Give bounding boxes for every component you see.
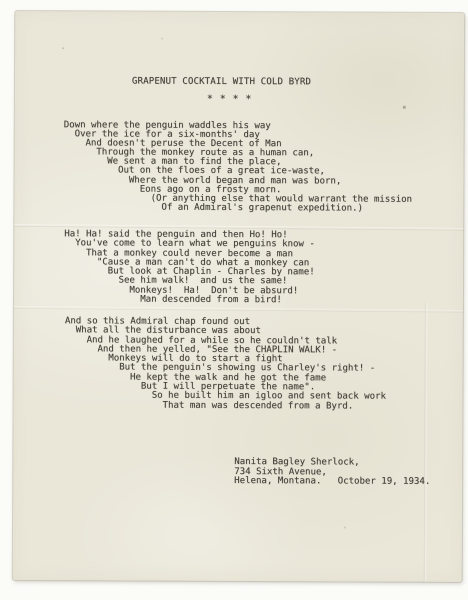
signature-block: Nanita Bagley Sherlock, 734 Sixth Avenue… bbox=[234, 458, 430, 488]
photo-background: GRAPENUT COCKTAIL WITH COLD BYRD * * * *… bbox=[0, 0, 468, 600]
fold-crease-vertical bbox=[424, 303, 428, 582]
poem-line: Of an Admiral's grapenut expedition.) bbox=[63, 203, 412, 214]
paper-sheet: GRAPENUT COCKTAIL WITH COLD BYRD * * * *… bbox=[13, 11, 464, 582]
paper-speck bbox=[344, 526, 346, 528]
fold-crease-horizontal-lower bbox=[14, 306, 463, 313]
paper-speck bbox=[403, 106, 406, 109]
paper-speck bbox=[62, 47, 64, 49]
signature-city-date: Helena, Montana. October 19, 1934. bbox=[234, 477, 430, 487]
paper-speck bbox=[161, 38, 163, 40]
poem-title: GRAPENUT COCKTAIL WITH COLD BYRD bbox=[132, 78, 311, 88]
stanza-3: And so this Admiral chap found out What … bbox=[65, 317, 387, 411]
stanza-1: Down where the penguin waddles his way O… bbox=[63, 121, 412, 213]
poem-line: Man descended from a bird! bbox=[64, 295, 315, 305]
stanza-2: Ha! Ha! said the penguin and then Ho! Ho… bbox=[64, 230, 315, 305]
title-ornament: * * * * bbox=[207, 95, 252, 105]
poem-line: That man was descended from a Byrd. bbox=[65, 401, 386, 412]
